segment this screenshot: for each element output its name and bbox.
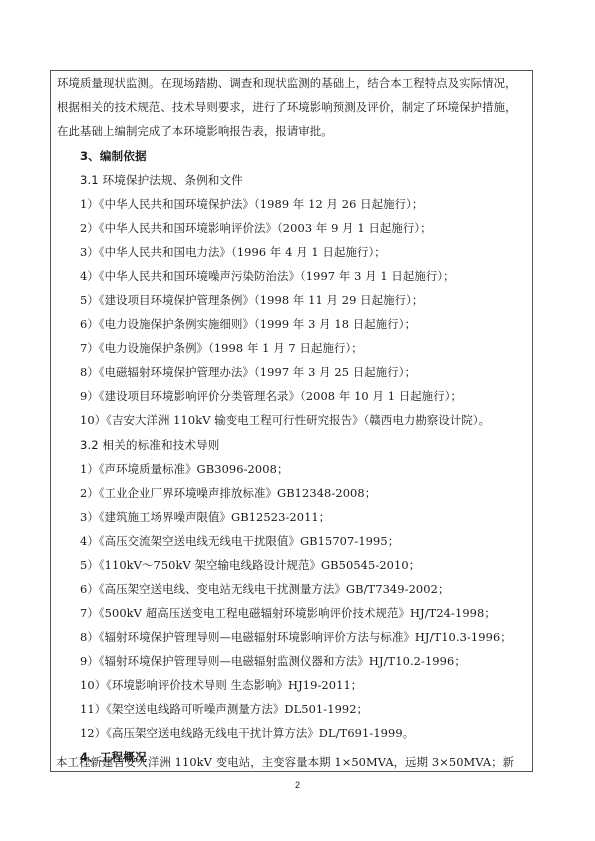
law-item: 10）《吉安大洋洲 110kV 输变电工程可行性研究报告》（赣西电力勘察设计院）… (80, 410, 490, 430)
intro-line: 在此基础上编制完成了本环境影响报告表，报请审批。 (57, 121, 333, 141)
law-item: 3）《中华人民共和国电力法》（1996 年 4 月 1 日起施行）； (80, 242, 386, 262)
section-3-2-heading: 3.2 相关的标准和技术导则 (80, 435, 219, 455)
section-3-heading: 3、编制依据 (80, 146, 147, 166)
standard-item: 9）《辐射环境保护管理导则—电磁辐射监测仪器和方法》HJ/T10.2-1996； (80, 651, 466, 671)
intro-line: 根据相关的技术规范、技术导则要求，进行了环境影响预测及评价，制定了环境保护措施， (57, 97, 517, 117)
standard-item: 4）《高压交流架空送电线无线电干扰限值》GB15707-1995； (80, 531, 399, 551)
law-item: 8）《电磁辐射环境保护管理办法》（1997 年 3 月 25 日起施行）； (80, 362, 416, 382)
law-item: 5）《建设项目环境保护管理条例》（1998 年 11 月 29 日起施行）； (80, 290, 423, 310)
page-number: 2 (0, 780, 595, 790)
law-item: 2）《中华人民共和国环境影响评价法》（2003 年 9 月 1 日起施行）； (80, 218, 432, 238)
standard-item: 8）《辐射环境保护管理导则—电磁辐射环境影响评价方法与标准》HJ/T10.3-1… (80, 627, 512, 647)
standard-item: 7）《500kV 超高压送变电工程电磁辐射环境影响评价技术规范》HJ/T24-1… (80, 603, 496, 623)
section-4-text: 本工程新建吉安大洋洲 110kV 变电站，主变容量本期 1×50MVA，远期 3… (56, 752, 514, 772)
document-page: 环境质量现状监测。在现场踏勘、调查和现状监测的基础上，结合本工程特点及实际情况，… (0, 0, 595, 841)
standard-item: 1）《声环境质量标准》GB3096-2008； (80, 459, 288, 479)
law-item: 9）《建设项目环境影响评价分类管理名录》（2008 年 10 月 1 日起施行）… (80, 386, 462, 406)
standard-item: 6）《高压架空送电线、变电站无线电干扰测量方法》GB/T7349-2002； (80, 579, 449, 599)
law-item: 4）《中华人民共和国环境噪声污染防治法》（1997 年 3 月 1 日起施行）； (80, 266, 455, 286)
content-frame: 环境质量现状监测。在现场踏勘、调查和现状监测的基础上，结合本工程特点及实际情况，… (50, 70, 533, 772)
law-item: 7）《电力设施保护条例》（1998 年 1 月 7 日起施行）； (80, 338, 363, 358)
standard-item: 5）《110kV～750kV 架空输电线路设计规范》GB50545-2010； (80, 555, 420, 575)
standard-item: 11）《架空送电线路可听噪声测量方法》DL501-1992； (80, 699, 368, 719)
standard-item: 2）《工业企业厂界环境噪声排放标准》GB12348-2008； (80, 483, 376, 503)
standard-item: 3）《建筑施工场界噪声限值》GB12523-2011； (80, 507, 330, 527)
law-item: 1）《中华人民共和国环境保护法》（1989 年 12 月 26 日起施行）； (80, 194, 423, 214)
intro-line: 环境质量现状监测。在现场踏勘、调查和现状监测的基础上，结合本工程特点及实际情况， (57, 73, 517, 93)
law-item: 6）《电力设施保护条例实施细则》（1999 年 3 月 18 日起施行）； (80, 314, 416, 334)
section-3-1-heading: 3.1 环境保护法规、条例和文件 (80, 170, 243, 190)
standard-item: 12）《高压架空送电线路无线电干扰计算方法》DL/T691-1999。 (80, 723, 414, 743)
standard-item: 10）《环境影响评价技术导则 生态影响》HJ19-2011； (80, 675, 362, 695)
